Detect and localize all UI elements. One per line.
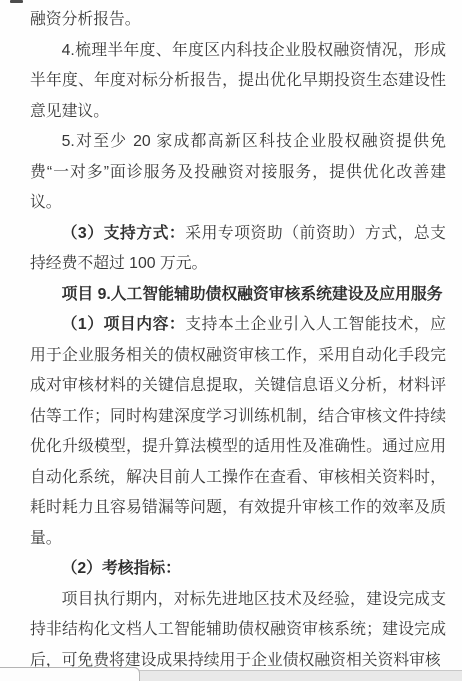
paragraph: （1）项目内容：支持本土企业引入人工智能技术，应用于企业服务相关的债权融资审核工… [30,310,446,554]
text-segment: 项目 9.人工智能辅助债权融资审核系统建设及应用服务 [62,286,443,303]
paragraph: （3）支持方式：采用专项资助（前资助）方式，总支持经费不超过 100 万元。 [30,219,446,280]
text-segment: 支持本土企业引入人工智能技术，应用于企业服务相关的债权融资审核工作，采用自动化手… [30,316,446,547]
text-segment: （3）支持方式： [62,225,186,242]
paragraph: 4.梳理半年度、年度区内科技企业股权融资情况，形成半年度、年度对标分析报告，提出… [30,36,446,128]
page: { "page": { "background_color": "#fefefe… [0,0,462,681]
text-segment: 4.梳理半年度、年度区内科技企业股权融资情况，形成半年度、年度对标分析报告，提出… [30,42,446,120]
text-segment: （2）考核指标： [62,560,181,577]
paragraph: 融资分析报告。 [30,5,446,36]
text-segment: 融资分析报告。 [30,11,141,28]
paragraph: 5.对至少 20 家成都高新区科技企业股权融资提供免费“一对多”面诊服务及投融资… [30,127,446,219]
text-segment: 5.对至少 20 家成都高新区科技企业股权融资提供免费“一对多”面诊服务及投融资… [30,133,446,211]
document-body: 融资分析报告。4.梳理半年度、年度区内科技企业股权融资情况，形成半年度、年度对标… [30,5,446,676]
paragraph: 项目执行期内，对标先进地区技术及经验，建设完成支持非结构化文档人工智能辅助债权融… [30,585,446,677]
status-bubble [0,667,140,681]
artifact-mark [10,0,23,3]
text-segment: （1）项目内容： [62,316,186,333]
paragraph: （2）考核指标： [30,554,446,585]
text-segment: 项目执行期内，对标先进地区技术及经验，建设完成支持非结构化文档人工智能辅助债权融… [30,591,446,669]
paragraph: 项目 9.人工智能辅助债权融资审核系统建设及应用服务 [30,280,446,311]
